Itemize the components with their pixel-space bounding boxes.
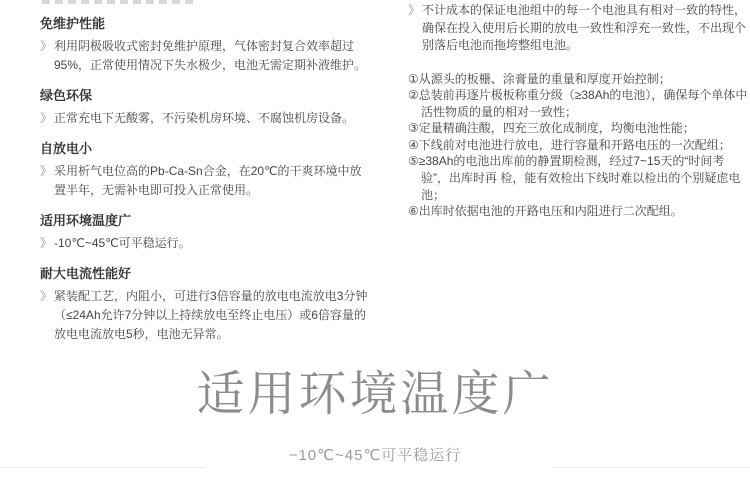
feature-body: 紧装配工艺，内阻小，可进行3倍容量的放电电流放电3分钟（≤24Ah允许7分钟以上…: [54, 289, 367, 341]
feature-heading: 耐大电流性能好: [40, 266, 372, 282]
feature-heading: 自放电小: [40, 141, 372, 157]
feature-text: 》正常充电下无酸雾，不污染机房环境、不腐蚀机房设备。: [40, 109, 372, 128]
feature-body: 正常充电下无酸雾，不污染机房环境、不腐蚀机房设备。: [54, 111, 354, 125]
arrow-bullet-icon: 》: [40, 236, 52, 250]
consistency-step-3: ③定量精确注酸，四充三放化成制度，均衡电池性能；: [408, 120, 748, 137]
consistency-step-4: ④下线前对电池进行放电，进行容量和开路电压的一次配组；: [408, 137, 748, 154]
section-banner-subtitle: −10℃~45℃可平稳运行: [0, 447, 750, 465]
arrow-bullet-icon: 》: [40, 111, 52, 125]
feature-section-maintenance-free: 免维护性能 》利用阴极吸收式密封免维护原理，气体密封复合效率超过95%，正常使用…: [40, 16, 372, 75]
arrow-bullet-icon: 》: [40, 39, 52, 53]
consistency-intro-text: 》不计成本的保证电池组中的每一个电池具有相对一致的特性，确保在投入使用后长期的放…: [408, 2, 748, 55]
feature-text: 》-10℃~45℃可平稳运行。: [40, 234, 372, 253]
consistency-step-5: ⑤≥38Ah的电池出库前的静置期检测，经过7~15天的“时间考验”，出库时再 检…: [408, 153, 748, 203]
arrow-bullet-icon: 》: [40, 289, 52, 303]
feature-section-eco-friendly: 绿色环保 》正常充电下无酸雾，不污染机房环境、不腐蚀机房设备。: [40, 88, 372, 128]
feature-list-column: 免维护性能 》利用阴极吸收式密封免维护原理，气体密封复合效率超过95%，正常使用…: [40, 16, 372, 357]
battery-product-detail-page: 免维护性能 》利用阴极吸收式密封免维护原理，气体密封复合效率超过95%，正常使用…: [0, 0, 750, 500]
consistency-control-column: 》不计成本的保证电池组中的每一个电池具有相对一致的特性，确保在投入使用后长期的放…: [408, 0, 748, 220]
divider-line-left: [0, 467, 205, 468]
consistency-step-2: ②总装前再逐片极板称重分级（≥38Ah的电池），确保每个单体中活性物质的量的相对…: [408, 87, 748, 120]
feature-text: 》采用析气电位高的Pb-Ca-Sn合金，在20℃的干爽环境中放置半年，无需补电即…: [40, 162, 372, 200]
feature-heading: 绿色环保: [40, 88, 372, 104]
feature-section-high-current: 耐大电流性能好 》紧装配工艺，内阻小，可进行3倍容量的放电电流放电3分钟（≤24…: [40, 266, 372, 344]
section-banner-title: 适用环境温度广: [0, 366, 750, 424]
feature-section-wide-temperature: 适用环境温度广 》-10℃~45℃可平稳运行。: [40, 213, 372, 253]
feature-body: 采用析气电位高的Pb-Ca-Sn合金，在20℃的干爽环境中放置半年，无需补电即可…: [54, 164, 362, 197]
feature-heading: 适用环境温度广: [40, 213, 372, 229]
feature-section-low-self-discharge: 自放电小 》采用析气电位高的Pb-Ca-Sn合金，在20℃的干爽环境中放置半年，…: [40, 141, 372, 200]
divider-line-right: [552, 467, 750, 468]
arrow-bullet-icon: 》: [40, 164, 52, 178]
feature-body: 利用阴极吸收式密封免维护原理，气体密封复合效率超过95%，正常使用情况下失水极少…: [54, 39, 366, 72]
consistency-step-1: ①从源头的板栅、涂膏量的重量和厚度开始控制；: [408, 71, 748, 88]
consistency-step-6: ⑥出库时依据电池的开路电压和内阻进行二次配组。: [408, 203, 748, 220]
feature-text: 》紧装配工艺，内阻小，可进行3倍容量的放电电流放电3分钟（≤24Ah允许7分钟以…: [40, 287, 372, 344]
feature-text: 》利用阴极吸收式密封免维护原理，气体密封复合效率超过95%，正常使用情况下失水极…: [40, 37, 372, 75]
feature-body: -10℃~45℃可平稳运行。: [54, 236, 191, 250]
arrow-bullet-icon: 》: [408, 3, 420, 17]
clipped-text-remnant: [42, 0, 198, 4]
feature-heading: 免维护性能: [40, 16, 372, 32]
consistency-steps-list: ①从源头的板栅、涂膏量的重量和厚度开始控制； ②总装前再逐片极板称重分级（≥38…: [408, 71, 748, 220]
intro-body: 不计成本的保证电池组中的每一个电池具有相对一致的特性，确保在投入使用后长期的放电…: [422, 3, 746, 52]
